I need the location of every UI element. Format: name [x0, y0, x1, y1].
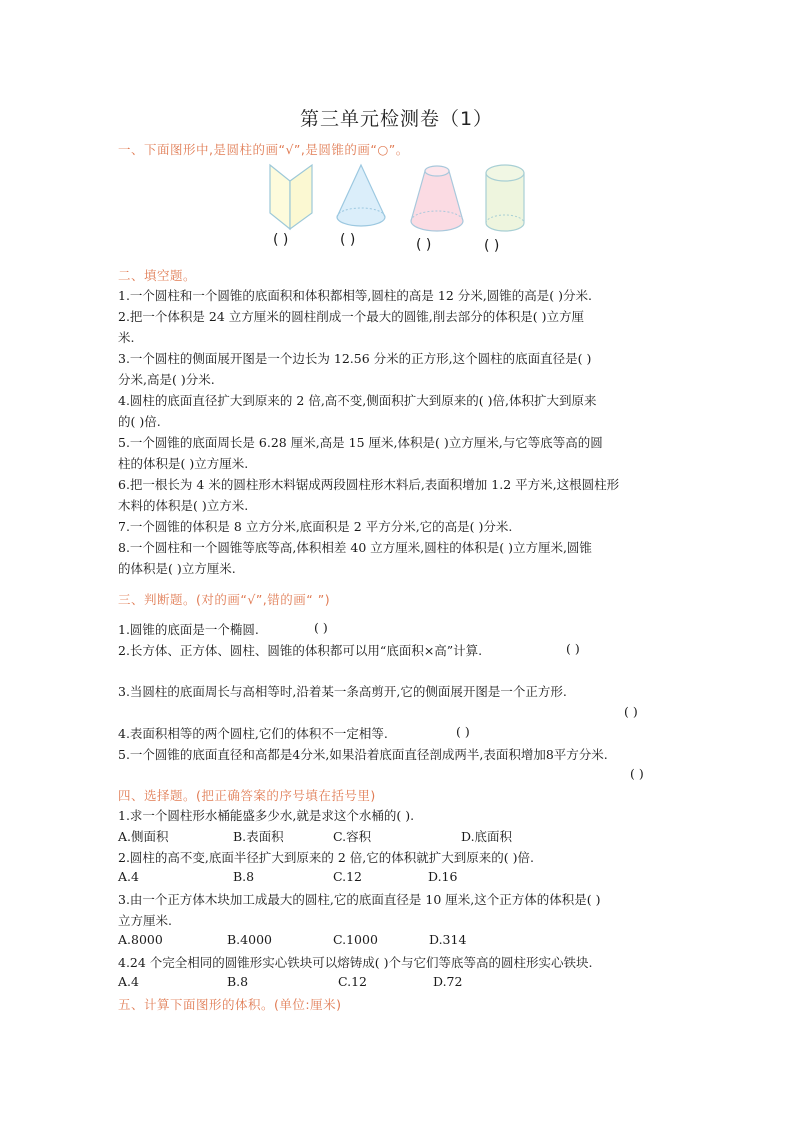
- judge-question-4: 4.表面积相等的两个圆柱,它们的体积不一定相等.: [118, 724, 388, 742]
- fill-question-3-cont: 分米,高是( )分米.: [118, 370, 215, 388]
- choice-2-option-b[interactable]: B.8: [233, 869, 254, 884]
- fill-question-5: 5.一个圆锥的底面周长是 6.28 厘米,高是 15 厘米,体积是( )立方厘米…: [118, 433, 603, 451]
- judge-answer-2[interactable]: ( ): [566, 641, 580, 656]
- choice-question-3: 3.由一个正方体木块加工成最大的圆柱,它的底面直径是 10 厘米,这个正方体的体…: [118, 890, 600, 908]
- prism-figure: [268, 163, 316, 231]
- choice-4-option-c[interactable]: C.12: [338, 974, 367, 989]
- fill-question-2-cont: 米.: [118, 328, 134, 346]
- choice-1-option-b[interactable]: B.表面积: [233, 827, 284, 845]
- choice-2-option-d[interactable]: D.16: [428, 869, 457, 884]
- choice-1-option-a[interactable]: A.侧面积: [118, 827, 169, 845]
- section1-heading: 一、下面图形中,是圆柱的画“√”,是圆锥的画“○”。: [118, 140, 409, 158]
- fill-question-8: 8.一个圆柱和一个圆锥等底等高,体积相差 40 立方厘米,圆柱的体积是( )立方…: [118, 538, 592, 556]
- page-title: 第三单元检测卷（1）: [0, 104, 793, 131]
- worksheet-page: 第三单元检测卷（1） 一、下面图形中,是圆柱的画“√”,是圆锥的画“○”。 ( …: [0, 0, 793, 1122]
- fill-question-3: 3.一个圆柱的侧面展开图是一个边长为 12.56 分米的正方形,这个圆柱的底面直…: [118, 349, 591, 367]
- section3-heading: 三、判断题。(对的画“√”,错的画“ ”): [118, 590, 330, 608]
- choice-question-2: 2.圆柱的高不变,底面半径扩大到原来的 2 倍,它的体积就扩大到原来的( )倍.: [118, 848, 534, 866]
- frustum-figure: [409, 163, 465, 235]
- fill-question-6: 6.把一根长为 4 米的圆柱形木料锯成两段圆柱形木料后,表面积增加 1.2 平方…: [118, 475, 619, 493]
- choice-4-option-d[interactable]: D.72: [433, 974, 462, 989]
- choice-2-option-a[interactable]: A.4: [118, 869, 139, 884]
- choice-2-option-c[interactable]: C.12: [333, 869, 362, 884]
- cylinder-answer-blank[interactable]: ( ): [484, 238, 499, 254]
- fill-question-5-cont: 柱的体积是( )立方厘米.: [118, 454, 248, 472]
- judge-question-1: 1.圆锥的底面是一个椭圆.: [118, 620, 259, 638]
- section2-heading: 二、填空题。: [118, 266, 196, 284]
- section4-heading: 四、选择题。(把正确答案的序号填在括号里): [118, 786, 376, 804]
- choice-1-option-c[interactable]: C.容积: [333, 827, 371, 845]
- prism-answer-blank[interactable]: ( ): [273, 232, 288, 248]
- choice-question-1: 1.求一个圆柱形水桶能盛多少水,就是求这个水桶的( ).: [118, 806, 414, 824]
- fill-question-6-cont: 木料的体积是( )立方米.: [118, 496, 248, 514]
- choice-3-option-b[interactable]: B.4000: [227, 932, 272, 947]
- fill-question-2: 2.把一个体积是 24 立方厘米的圆柱削成一个最大的圆锥,削去部分的体积是( )…: [118, 307, 584, 325]
- cone-answer-blank[interactable]: ( ): [340, 232, 355, 248]
- judge-question-5: 5.一个圆锥的底面直径和高都是4分米,如果沿着底面直径剖成两半,表面积增加8平方…: [118, 745, 608, 763]
- cone-figure: [335, 163, 387, 231]
- choice-3-option-a[interactable]: A.8000: [118, 932, 163, 947]
- section5-heading: 五、计算下面图形的体积。(单位:厘米): [118, 995, 341, 1013]
- judge-answer-5[interactable]: ( ): [630, 766, 644, 781]
- judge-answer-3[interactable]: ( ): [624, 704, 638, 719]
- fill-question-8-cont: 的体积是( )立方厘米.: [118, 559, 236, 577]
- choice-1-option-d[interactable]: D.底面积: [461, 827, 512, 845]
- fill-question-7: 7.一个圆锥的体积是 8 立方分米,底面积是 2 平方分米,它的高是( )分米.: [118, 517, 512, 535]
- frustum-answer-blank[interactable]: ( ): [416, 237, 431, 253]
- fill-question-4: 4.圆柱的底面直径扩大到原来的 2 倍,高不变,侧面积扩大到原来的( )倍,体积…: [118, 391, 596, 409]
- fill-question-4-cont: 的( )倍.: [118, 412, 161, 430]
- choice-3-option-d[interactable]: D.314: [429, 932, 466, 947]
- judge-question-2: 2.长方体、正方体、圆柱、圆锥的体积都可以用“底面积×高”计算.: [118, 641, 482, 659]
- judge-answer-4[interactable]: ( ): [456, 724, 470, 739]
- choice-3-option-c[interactable]: C.1000: [333, 932, 378, 947]
- fill-question-1: 1.一个圆柱和一个圆锥的底面积和体积都相等,圆柱的高是 12 分米,圆锥的高是(…: [118, 286, 592, 304]
- choice-4-option-a[interactable]: A.4: [118, 974, 139, 989]
- choice-question-3-cont: 立方厘米.: [118, 911, 172, 929]
- choice-question-4: 4.24 个完全相同的圆锥形实心铁块可以熔铸成( )个与它们等底等高的圆柱形实心…: [118, 953, 593, 971]
- choice-4-option-b[interactable]: B.8: [227, 974, 248, 989]
- cylinder-figure: [484, 163, 526, 235]
- judge-question-3: 3.当圆柱的底面周长与高相等时,沿着某一条高剪开,它的侧面展开图是一个正方形.: [118, 682, 567, 700]
- judge-answer-1[interactable]: ( ): [314, 620, 328, 635]
